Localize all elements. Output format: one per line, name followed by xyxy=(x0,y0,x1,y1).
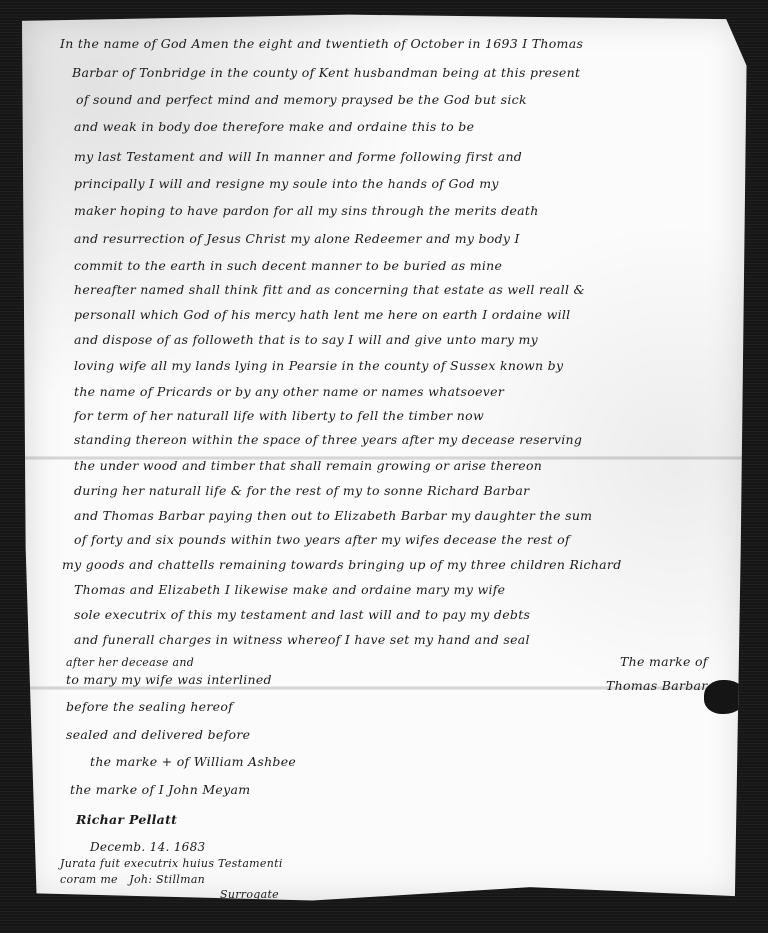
probate-date: Decemb. 14. 1683 xyxy=(90,840,205,854)
probate-line-1: Jurata fuit executrix huius Testamenti xyxy=(60,857,283,870)
probate-line-2: coram me Joh: Stillman xyxy=(60,873,205,886)
body-line-4: and weak in body doe therefore make and … xyxy=(74,119,474,134)
body-line-5: my last Testament and will In manner and… xyxy=(74,149,522,164)
body-line-8: and resurrection of Jesus Christ my alon… xyxy=(74,231,520,246)
body-line-1: In the name of God Amen the eight and tw… xyxy=(60,36,583,51)
witness-william-ashbee: the marke + of William Ashbee xyxy=(90,754,296,769)
manuscript-page: In the name of God Amen the eight and tw… xyxy=(22,12,748,905)
testator-name: Thomas Barbar xyxy=(606,678,708,693)
body-line-22: Thomas and Elizabeth I likewise make and… xyxy=(74,582,505,597)
interlineation-line-3: before the sealing hereof xyxy=(66,699,233,714)
body-line-23: sole executrix of this my testament and … xyxy=(74,607,530,622)
body-line-18: during her naturall life & for the rest … xyxy=(74,483,529,498)
body-line-16: standing thereon within the space of thr… xyxy=(74,432,582,447)
witness-richar-pellatt: Richar Pellatt xyxy=(76,812,177,827)
body-line-15: for term of her naturall life with liber… xyxy=(74,408,484,423)
interlineation-line-1: after her decease and xyxy=(66,656,194,669)
body-line-9: commit to the earth in such decent manne… xyxy=(74,258,502,273)
sealed-delivered-line: sealed and delivered before xyxy=(66,727,250,742)
body-line-20: of forty and six pounds within two years… xyxy=(74,532,570,547)
body-line-19: and Thomas Barbar paying then out to Eli… xyxy=(74,508,592,523)
witness-john-meyam: the marke of I John Meyam xyxy=(70,782,250,797)
body-line-12: and dispose of as followeth that is to s… xyxy=(74,332,538,347)
body-line-2: Barbar of Tonbridge in the county of Ken… xyxy=(72,65,580,80)
body-line-13: loving wife all my lands lying in Pearsi… xyxy=(74,358,563,373)
body-line-6: principally I will and resigne my soule … xyxy=(74,176,499,191)
body-line-11: personall which God of his mercy hath le… xyxy=(74,307,570,322)
testator-mark-label: The marke of xyxy=(620,654,708,669)
body-line-7: maker hoping to have pardon for all my s… xyxy=(74,203,539,218)
interlineation-line-2: to mary my wife was interlined xyxy=(66,672,272,687)
body-line-24: and funerall charges in witness whereof … xyxy=(74,632,530,647)
body-line-14: the name of Pricards or by any other nam… xyxy=(74,384,504,399)
body-line-10: hereafter named shall think fitt and as … xyxy=(74,282,585,297)
probate-official-name: Joh: Stillman xyxy=(129,873,205,886)
body-line-21: my goods and chattells remaining towards… xyxy=(62,557,622,572)
body-line-17: the under wood and timber that shall rem… xyxy=(74,458,542,473)
body-line-3: of sound and perfect mind and memory pra… xyxy=(76,92,527,107)
probate-coram-me: coram me xyxy=(60,873,118,886)
